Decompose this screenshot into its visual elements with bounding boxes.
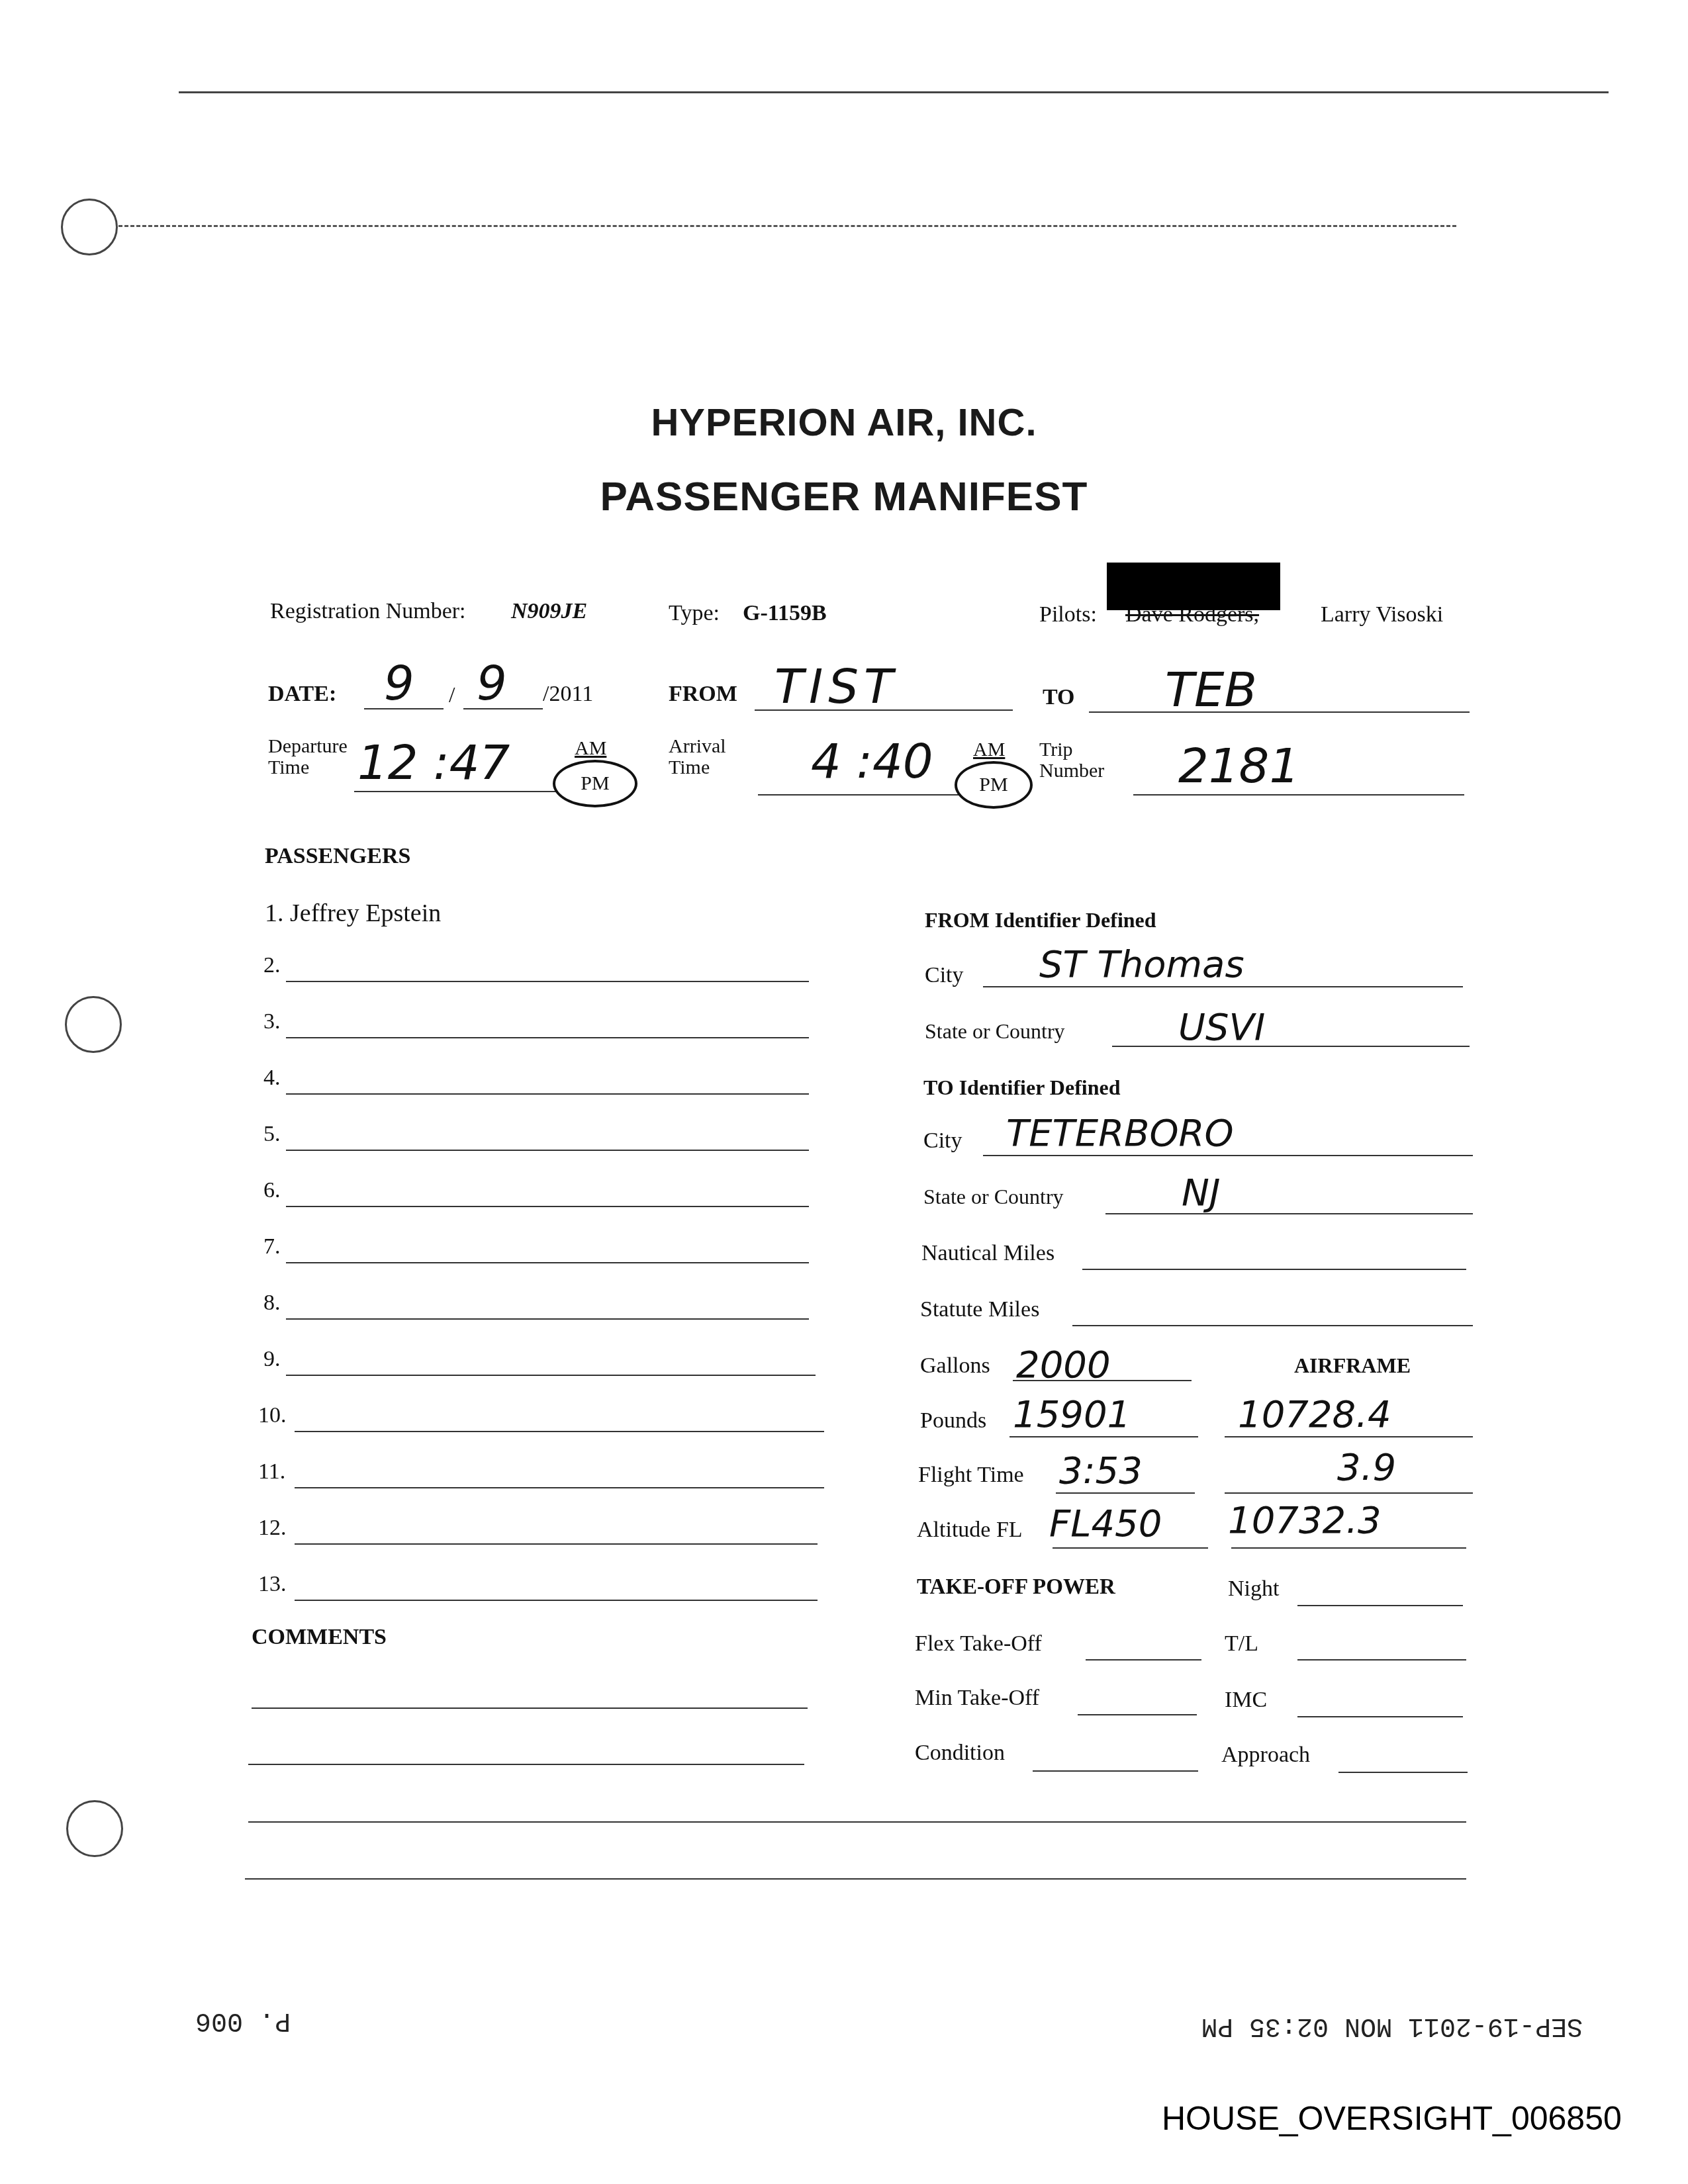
to-city-line bbox=[983, 1155, 1473, 1156]
pilot-2: Larry Visoski bbox=[1321, 602, 1443, 627]
comments-line-2 bbox=[248, 1764, 804, 1765]
takeoff-power-heading: TAKE-OFF POWER bbox=[917, 1575, 1115, 1600]
passenger-name-line bbox=[295, 1543, 818, 1545]
statute-miles-line bbox=[1072, 1325, 1473, 1326]
registration-value: N909JE bbox=[511, 599, 587, 624]
fax-timestamp: SEP-19-2011 MON 02:35 PM bbox=[1201, 2011, 1583, 2040]
pilots-label: Pilots: bbox=[1039, 602, 1097, 627]
to-state-line bbox=[1105, 1213, 1473, 1214]
passenger-name-line bbox=[286, 981, 809, 982]
airframe-value-3: 10732.3 bbox=[1228, 1499, 1382, 1542]
altitude-line bbox=[1053, 1547, 1208, 1549]
passenger-row-number: 4. bbox=[263, 1066, 281, 1091]
passenger-row-number: 13. bbox=[258, 1572, 287, 1597]
flex-takeoff-line bbox=[1086, 1659, 1201, 1661]
flex-takeoff-label: Flex Take-Off bbox=[915, 1631, 1042, 1657]
from-city-value: ST Thomas bbox=[1039, 943, 1244, 986]
to-line bbox=[1089, 711, 1470, 713]
comments-heading: COMMENTS bbox=[252, 1625, 387, 1650]
arrival-am: AM bbox=[973, 739, 1005, 760]
min-takeoff-line bbox=[1078, 1714, 1197, 1715]
approach-line bbox=[1338, 1772, 1468, 1773]
comments-line-1 bbox=[252, 1707, 808, 1709]
passenger-row-number: 5. bbox=[263, 1122, 281, 1147]
date-label: DATE: bbox=[268, 682, 336, 707]
comments-line-3 bbox=[248, 1821, 1466, 1823]
airframe-line-2 bbox=[1225, 1492, 1473, 1494]
from-label: FROM bbox=[669, 682, 737, 707]
redaction-box bbox=[1107, 563, 1280, 610]
date-month-value: 9 bbox=[384, 655, 414, 711]
condition-line bbox=[1033, 1770, 1198, 1772]
top-scan-edge bbox=[179, 91, 1609, 93]
night-line bbox=[1297, 1605, 1463, 1606]
passenger-row-number: 6. bbox=[263, 1178, 281, 1203]
nautical-miles-label: Nautical Miles bbox=[921, 1241, 1055, 1266]
date-slash: / bbox=[449, 683, 455, 708]
imc-label: IMC bbox=[1225, 1688, 1267, 1713]
airframe-heading: AIRFRAME bbox=[1294, 1353, 1411, 1378]
passenger-name-line bbox=[295, 1431, 824, 1432]
passenger-name-line bbox=[295, 1600, 818, 1601]
min-takeoff-label: Min Take-Off bbox=[915, 1686, 1039, 1711]
form-title: PASSENGER MANIFEST bbox=[0, 473, 1688, 520]
to-state-label: State or Country bbox=[923, 1185, 1064, 1209]
departure-pm-circled: PM bbox=[553, 760, 637, 807]
passenger-name-line bbox=[286, 1150, 809, 1151]
imc-line bbox=[1297, 1716, 1463, 1717]
from-state-value: USVI bbox=[1178, 1006, 1265, 1049]
date-day-value: 9 bbox=[477, 655, 507, 711]
airframe-line-1 bbox=[1225, 1436, 1473, 1437]
date-year: /2011 bbox=[543, 682, 593, 707]
flight-time-label: Flight Time bbox=[918, 1463, 1024, 1488]
approach-label: Approach bbox=[1221, 1743, 1310, 1768]
departure-label: Departure Time bbox=[268, 736, 348, 778]
arrival-time-line bbox=[758, 794, 960, 796]
statute-miles-label: Statute Miles bbox=[920, 1297, 1039, 1322]
airframe-value-2: 3.9 bbox=[1337, 1446, 1396, 1489]
airframe-value-1: 10728.4 bbox=[1238, 1393, 1391, 1436]
departure-time-line bbox=[354, 791, 556, 792]
from-state-line bbox=[1112, 1046, 1470, 1047]
top-dashed-edge bbox=[113, 225, 1456, 227]
trip-number-label: Trip Number bbox=[1039, 739, 1104, 782]
arrival-time-value: 4 :40 bbox=[811, 733, 933, 789]
from-city-line bbox=[983, 986, 1463, 987]
bates-number: HOUSE_OVERSIGHT_006850 bbox=[1162, 2099, 1622, 2138]
hole-punch-top bbox=[61, 199, 118, 255]
passenger-name-line bbox=[286, 1037, 809, 1038]
to-identifier-heading: TO Identifier Defined bbox=[923, 1075, 1120, 1100]
pounds-line bbox=[1009, 1436, 1198, 1437]
passenger-name-line bbox=[286, 1262, 809, 1263]
comments-line-4 bbox=[245, 1878, 1466, 1880]
from-state-label: State or Country bbox=[925, 1019, 1065, 1044]
arrival-label: Arrival Time bbox=[669, 736, 726, 778]
pounds-label: Pounds bbox=[920, 1408, 986, 1433]
passenger-row-1: 1. Jeffrey Epstein bbox=[265, 899, 441, 928]
passengers-heading: PASSENGERS bbox=[265, 844, 410, 869]
to-city-value: TETERBORO bbox=[1006, 1112, 1234, 1155]
from-identifier-heading: FROM Identifier Defined bbox=[925, 908, 1156, 933]
passenger-name-line bbox=[286, 1206, 809, 1207]
passenger-name-line bbox=[286, 1318, 809, 1320]
trip-number-line bbox=[1133, 794, 1464, 796]
night-label: Night bbox=[1228, 1576, 1279, 1602]
altitude-label: Altitude FL bbox=[917, 1518, 1023, 1543]
flight-time-value: 3:53 bbox=[1059, 1449, 1143, 1492]
altitude-value: FL450 bbox=[1049, 1502, 1162, 1545]
gallons-value: 2000 bbox=[1016, 1343, 1111, 1387]
to-value: TEB bbox=[1165, 662, 1257, 717]
type-label: Type: bbox=[669, 601, 720, 626]
passenger-row-number: 7. bbox=[263, 1234, 281, 1259]
fax-page-number: P. 006 bbox=[195, 2005, 291, 2035]
type-value: G-1159B bbox=[743, 601, 827, 626]
arrival-pm-circled: PM bbox=[955, 761, 1033, 809]
hole-punch-middle bbox=[65, 996, 122, 1053]
tl-label: T/L bbox=[1225, 1631, 1258, 1657]
passenger-name-line bbox=[286, 1375, 816, 1376]
flight-time-line bbox=[1056, 1492, 1195, 1494]
nautical-miles-line bbox=[1082, 1269, 1466, 1270]
passenger-row-number: 10. bbox=[258, 1403, 287, 1428]
to-label: TO bbox=[1043, 685, 1075, 710]
hole-punch-bottom bbox=[66, 1800, 123, 1857]
tl-line bbox=[1297, 1659, 1466, 1661]
departure-time-value: 12 :47 bbox=[357, 735, 510, 790]
company-name: HYPERION AIR, INC. bbox=[0, 400, 1688, 445]
passenger-name-line bbox=[286, 1093, 809, 1095]
pounds-value: 15901 bbox=[1013, 1393, 1131, 1436]
from-city-label: City bbox=[925, 963, 964, 988]
to-city-label: City bbox=[923, 1128, 962, 1154]
to-state-value: NJ bbox=[1182, 1171, 1220, 1214]
from-value: TIST bbox=[774, 659, 898, 714]
gallons-label: Gallons bbox=[920, 1353, 990, 1379]
passenger-row-number: 12. bbox=[258, 1516, 287, 1541]
airframe-line-3 bbox=[1231, 1547, 1466, 1549]
trip-number-value: 2181 bbox=[1178, 738, 1299, 794]
passenger-row-number: 3. bbox=[263, 1009, 281, 1034]
passenger-row-number: 9. bbox=[263, 1347, 281, 1372]
condition-label: Condition bbox=[915, 1741, 1005, 1766]
passenger-name-line bbox=[295, 1487, 824, 1488]
passenger-row-number: 11. bbox=[258, 1459, 285, 1484]
passenger-row-number: 2. bbox=[263, 953, 281, 978]
departure-am: AM bbox=[575, 738, 606, 759]
passenger-row-number: 8. bbox=[263, 1291, 281, 1316]
registration-label: Registration Number: bbox=[270, 599, 466, 624]
